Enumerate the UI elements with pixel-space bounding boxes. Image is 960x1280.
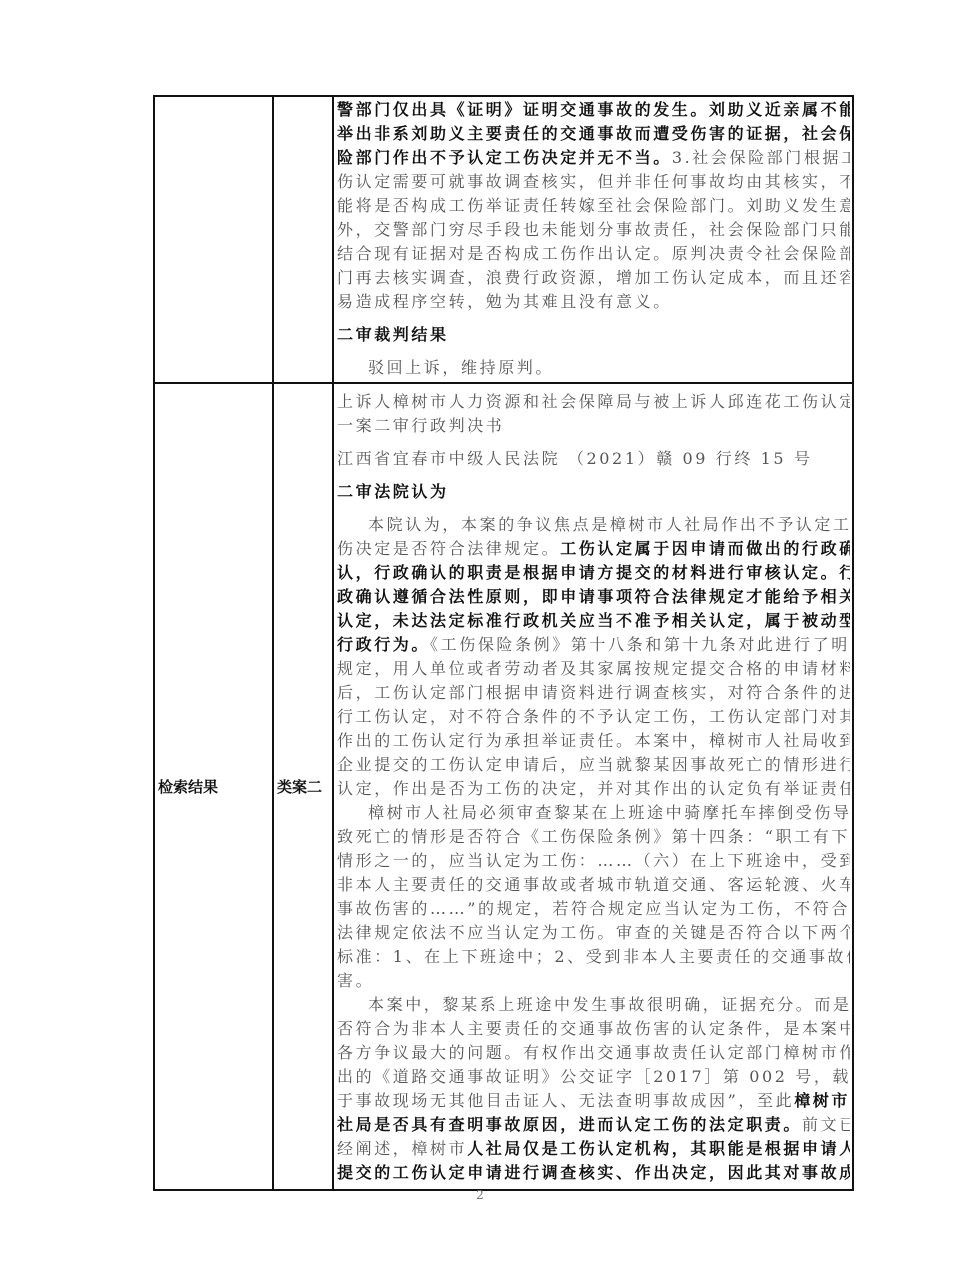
text-line: 事故伤害的……”的规定，若符合规定应当认定为工伤，不符合 [337, 897, 850, 921]
body-text: 于事故现场无其他目击证人、无法查明事故成因”，至此 [337, 1091, 794, 1110]
text-line: 行工伤认定，对不符合条件的不予认定工伤，工伤认定部门对其 [337, 705, 850, 729]
body-text: 经阐述，樟树市 [337, 1139, 467, 1158]
text-line: 外，交警部门穷尽手段也未能划分事故责任，社会保险部门只能 [337, 218, 850, 242]
text-line: 社局是否具有查明事故原因，进而认定工伤的法定职责。前文已 [337, 1113, 850, 1137]
body-text: 各方争议最大的问题。有权作出交通事故责任认定部门樟树市作 [337, 1043, 850, 1062]
case-table: 警部门仅出具《证明》证明交通事故的发生。刘助义近亲属不能举出非系刘助义主要责任的… [153, 95, 854, 1191]
bold-text: 行政行为。 [337, 635, 430, 654]
case-title-line: 一案二审行政判决书 [337, 414, 850, 438]
text-line: 易造成程序空转，勉为其难且没有意义。 [337, 290, 850, 314]
body-text: 否符合为非本人主要责任的交通事故伤害的认定条件，是本案中 [337, 1019, 850, 1038]
text-line: 后，工伤认定部门根据申请资料进行调查核实，对符合条件的进 [337, 681, 850, 705]
text-line: 各方争议最大的问题。有权作出交通事故责任认定部门樟树市作 [337, 1041, 850, 1065]
body-text: 《工伤保险条例》第十八条和第十九条对此进行了明确 [430, 635, 850, 654]
bold-text: 人社局仅是工伤认定机构，其职能是根据申请人 [467, 1139, 850, 1158]
text-line: 举出非系刘助义主要责任的交通事故而遭受伤害的证据，社会保 [337, 122, 850, 146]
row1-content-cell: 警部门仅出具《证明》证明交通事故的发生。刘助义近亲属不能举出非系刘助义主要责任的… [333, 96, 853, 383]
text-line: 政确认遵循合法性原则，即申请事项符合法律规定才能给予相关 [337, 585, 850, 609]
text-line: 伤认定需要可就事故调查核实，但并非任何事故均由其核实，不 [337, 170, 850, 194]
text-line: 警部门仅出具《证明》证明交通事故的发生。刘助义近亲属不能 [337, 98, 850, 122]
body-text: 能将是否构成工伤举证责任转嫁至社会保险部门。刘助义发生意 [337, 196, 850, 215]
bold-text: 警部门仅出具《证明》证明交通事故的发生。刘助义近亲属不能 [337, 100, 850, 119]
body-text: 本院认为，本案的争议焦点是樟树市人社局作出不予认定工 [368, 515, 850, 534]
text-line: 结合现有证据对是否构成工伤作出认定。原判决责令社会保险部 [337, 242, 850, 266]
bold-text: 认定，未达法定标准行政机关应当不准予相关认定，属于被动型 [337, 611, 850, 630]
court-reference: 江西省宜春市中级人民法院 （2021）赣 09 行终 15 号 [337, 447, 850, 471]
judgment-result-text: 驳回上诉，维持原判。 [337, 356, 850, 380]
text-line: 害。 [337, 969, 850, 993]
spacer [337, 504, 850, 513]
case-title-line: 上诉人樟树市人力资源和社会保障局与被上诉人邱连花工伤认定 [337, 390, 850, 414]
text-line: 认定，未达法定标准行政机关应当不准予相关认定，属于被动型 [337, 609, 850, 633]
body-text: 作出的工伤认定行为承担举证责任。本案中，樟树市人社局收到 [337, 731, 850, 750]
body-text: 标准：1、在上下班途中；2、受到非本人主要责任的交通事故伤 [337, 947, 850, 966]
text-line: 行政行为。《工伤保险条例》第十八条和第十九条对此进行了明确 [337, 633, 850, 657]
table-row-continuation: 警部门仅出具《证明》证明交通事故的发生。刘助义近亲属不能举出非系刘助义主要责任的… [154, 96, 853, 383]
body-text: 认定，作出是否为工伤的决定，并对其作出的认定负有举证责任。 [337, 779, 850, 798]
body-text: 企业提交的工伤认定申请后，应当就黎某因事故死亡的情形进行 [337, 755, 850, 774]
body-text: 前文已 [802, 1115, 850, 1134]
body-text: 法律规定依法不应当认定为工伤。审查的关键是否符合以下两个 [337, 923, 850, 942]
body-text: 致死亡的情形是否符合《工伤保险条例》第十四条：“职工有下列 [337, 827, 850, 846]
similar-case-label: 类案二 [273, 383, 333, 1190]
body-text: 情形之一的，应当认定为工伤：……（六）在上下班途中，受到 [337, 851, 850, 870]
text-line: 门再去核实调查，浪费行政资源，增加工伤认定成本，而且还容 [337, 266, 850, 290]
text-line: 樟树市人社局必须审查黎某在上班途中骑摩托车摔倒受伤导 [337, 801, 850, 825]
body-text: 樟树市人社局必须审查黎某在上班途中骑摩托车摔倒受伤导 [368, 803, 850, 822]
document-page: 警部门仅出具《证明》证明交通事故的发生。刘助义近亲属不能举出非系刘助义主要责任的… [0, 0, 960, 1280]
bold-text: 樟树市人 [794, 1091, 850, 1110]
text-line: 险部门作出不予认定工伤决定并无不当。3.社会保险部门根据工 [337, 146, 850, 170]
body-text: 出的《道路交通事故证明》公交证字［2017］第 002 号，载明“由 [337, 1067, 850, 1086]
text-line: 伤决定是否符合法律规定。工伤认定属于因申请而做出的行政确 [337, 537, 850, 561]
body-text: 害。 [337, 971, 374, 990]
text-line: 提交的工伤认定申请进行调查核实、作出决定，因此其对事故成 [337, 1161, 850, 1185]
bold-text: 社局是否具有查明事故原因，进而认定工伤的法定职责。 [337, 1115, 802, 1134]
text-line: 认，行政确认的职责是根据申请方提交的材料进行审核认定。行 [337, 561, 850, 585]
text-line: 本案中，黎某系上班途中发生事故很明确，证据充分。而是 [337, 993, 850, 1017]
row2-content-cell: 上诉人樟树市人力资源和社会保障局与被上诉人邱连花工伤认定一案二审行政判决书江西省… [333, 383, 853, 1190]
text-line: 企业提交的工伤认定申请后，应当就黎某因事故死亡的情形进行 [337, 753, 850, 777]
text-line: 标准：1、在上下班途中；2、受到非本人主要责任的交通事故伤 [337, 945, 850, 969]
text-line: 出的《道路交通事故证明》公交证字［2017］第 002 号，载明“由 [337, 1065, 850, 1089]
body-text: 伤决定是否符合法律规定。 [337, 539, 560, 558]
body-text: 结合现有证据对是否构成工伤作出认定。原判决责令社会保险部 [337, 244, 850, 263]
row1-content: 警部门仅出具《证明》证明交通事故的发生。刘助义近亲属不能举出非系刘助义主要责任的… [334, 97, 852, 382]
text-line: 经阐述，樟树市人社局仅是工伤认定机构，其职能是根据申请人 [337, 1137, 850, 1161]
body-text: 3.社会保险部门根据工 [672, 148, 850, 167]
text-line: 否符合为非本人主要责任的交通事故伤害的认定条件，是本案中 [337, 1017, 850, 1041]
body-text: 外，交警部门穷尽手段也未能划分事故责任，社会保险部门只能 [337, 220, 850, 239]
text-line: 于事故现场无其他目击证人、无法查明事故成因”，至此樟树市人 [337, 1089, 850, 1113]
body-text: 事故伤害的……”的规定，若符合规定应当认定为工伤，不符合 [337, 899, 850, 918]
row1-label-cell [154, 96, 273, 383]
bold-text: 认，行政确认的职责是根据申请方提交的材料进行审核认定。行 [337, 563, 850, 582]
text-line: 规定，用人单位或者劳动者及其家属按规定提交合格的申请材料 [337, 657, 850, 681]
text-line: 情形之一的，应当认定为工伤：……（六）在上下班途中，受到 [337, 849, 850, 873]
body-text: 伤认定需要可就事故调查核实，但并非任何事故均由其核实，不 [337, 172, 850, 191]
bold-text: 政确认遵循合法性原则，即申请事项符合法律规定才能给予相关 [337, 587, 850, 606]
text-line: 非本人主要责任的交通事故或者城市轨道交通、客运轮渡、火车 [337, 873, 850, 897]
search-results-label: 检索结果 [154, 383, 273, 1190]
text-line: 认定，作出是否为工伤的决定，并对其作出的认定负有举证责任。 [337, 777, 850, 801]
text-line: 法律规定依法不应当认定为工伤。审查的关键是否符合以下两个 [337, 921, 850, 945]
section-heading-court-opinion: 二审法院认为 [337, 480, 850, 504]
body-text: 易造成程序空转，勉为其难且没有意义。 [337, 292, 672, 311]
bold-text: 工伤认定属于因申请而做出的行政确 [560, 539, 850, 558]
body-text: 本案中，黎某系上班途中发生事故很明确，证据充分。而是 [368, 995, 850, 1014]
body-text: 规定，用人单位或者劳动者及其家属按规定提交合格的申请材料 [337, 659, 850, 678]
text-line: 能将是否构成工伤举证责任转嫁至社会保险部门。刘助义发生意 [337, 194, 850, 218]
body-text: 非本人主要责任的交通事故或者城市轨道交通、客运轮渡、火车 [337, 875, 850, 894]
row1-case-cell [273, 96, 333, 383]
table-row-case-two: 检索结果 类案二 上诉人樟树市人力资源和社会保障局与被上诉人邱连花工伤认定一案二… [154, 383, 853, 1190]
section-heading-judgment-result: 二审裁判结果 [337, 323, 850, 347]
bold-text: 举出非系刘助义主要责任的交通事故而遭受伤害的证据，社会保 [337, 124, 850, 143]
row2-content: 上诉人樟树市人力资源和社会保障局与被上诉人邱连花工伤认定一案二审行政判决书江西省… [334, 384, 852, 1187]
bold-text: 提交的工伤认定申请进行调查核实、作出决定，因此其对事故成 [337, 1163, 850, 1182]
body-text: 行工伤认定，对不符合条件的不予认定工伤，工伤认定部门对其 [337, 707, 850, 726]
page-number: 2 [0, 1188, 960, 1202]
body-text: 门再去核实调查，浪费行政资源，增加工伤认定成本，而且还容 [337, 268, 850, 287]
bold-text: 险部门作出不予认定工伤决定并无不当。 [337, 148, 672, 167]
text-line: 作出的工伤认定行为承担举证责任。本案中，樟树市人社局收到 [337, 729, 850, 753]
text-line: 本院认为，本案的争议焦点是樟树市人社局作出不予认定工 [337, 513, 850, 537]
body-text: 后，工伤认定部门根据申请资料进行调查核实，对符合条件的进 [337, 683, 850, 702]
text-line: 致死亡的情形是否符合《工伤保险条例》第十四条：“职工有下列 [337, 825, 850, 849]
